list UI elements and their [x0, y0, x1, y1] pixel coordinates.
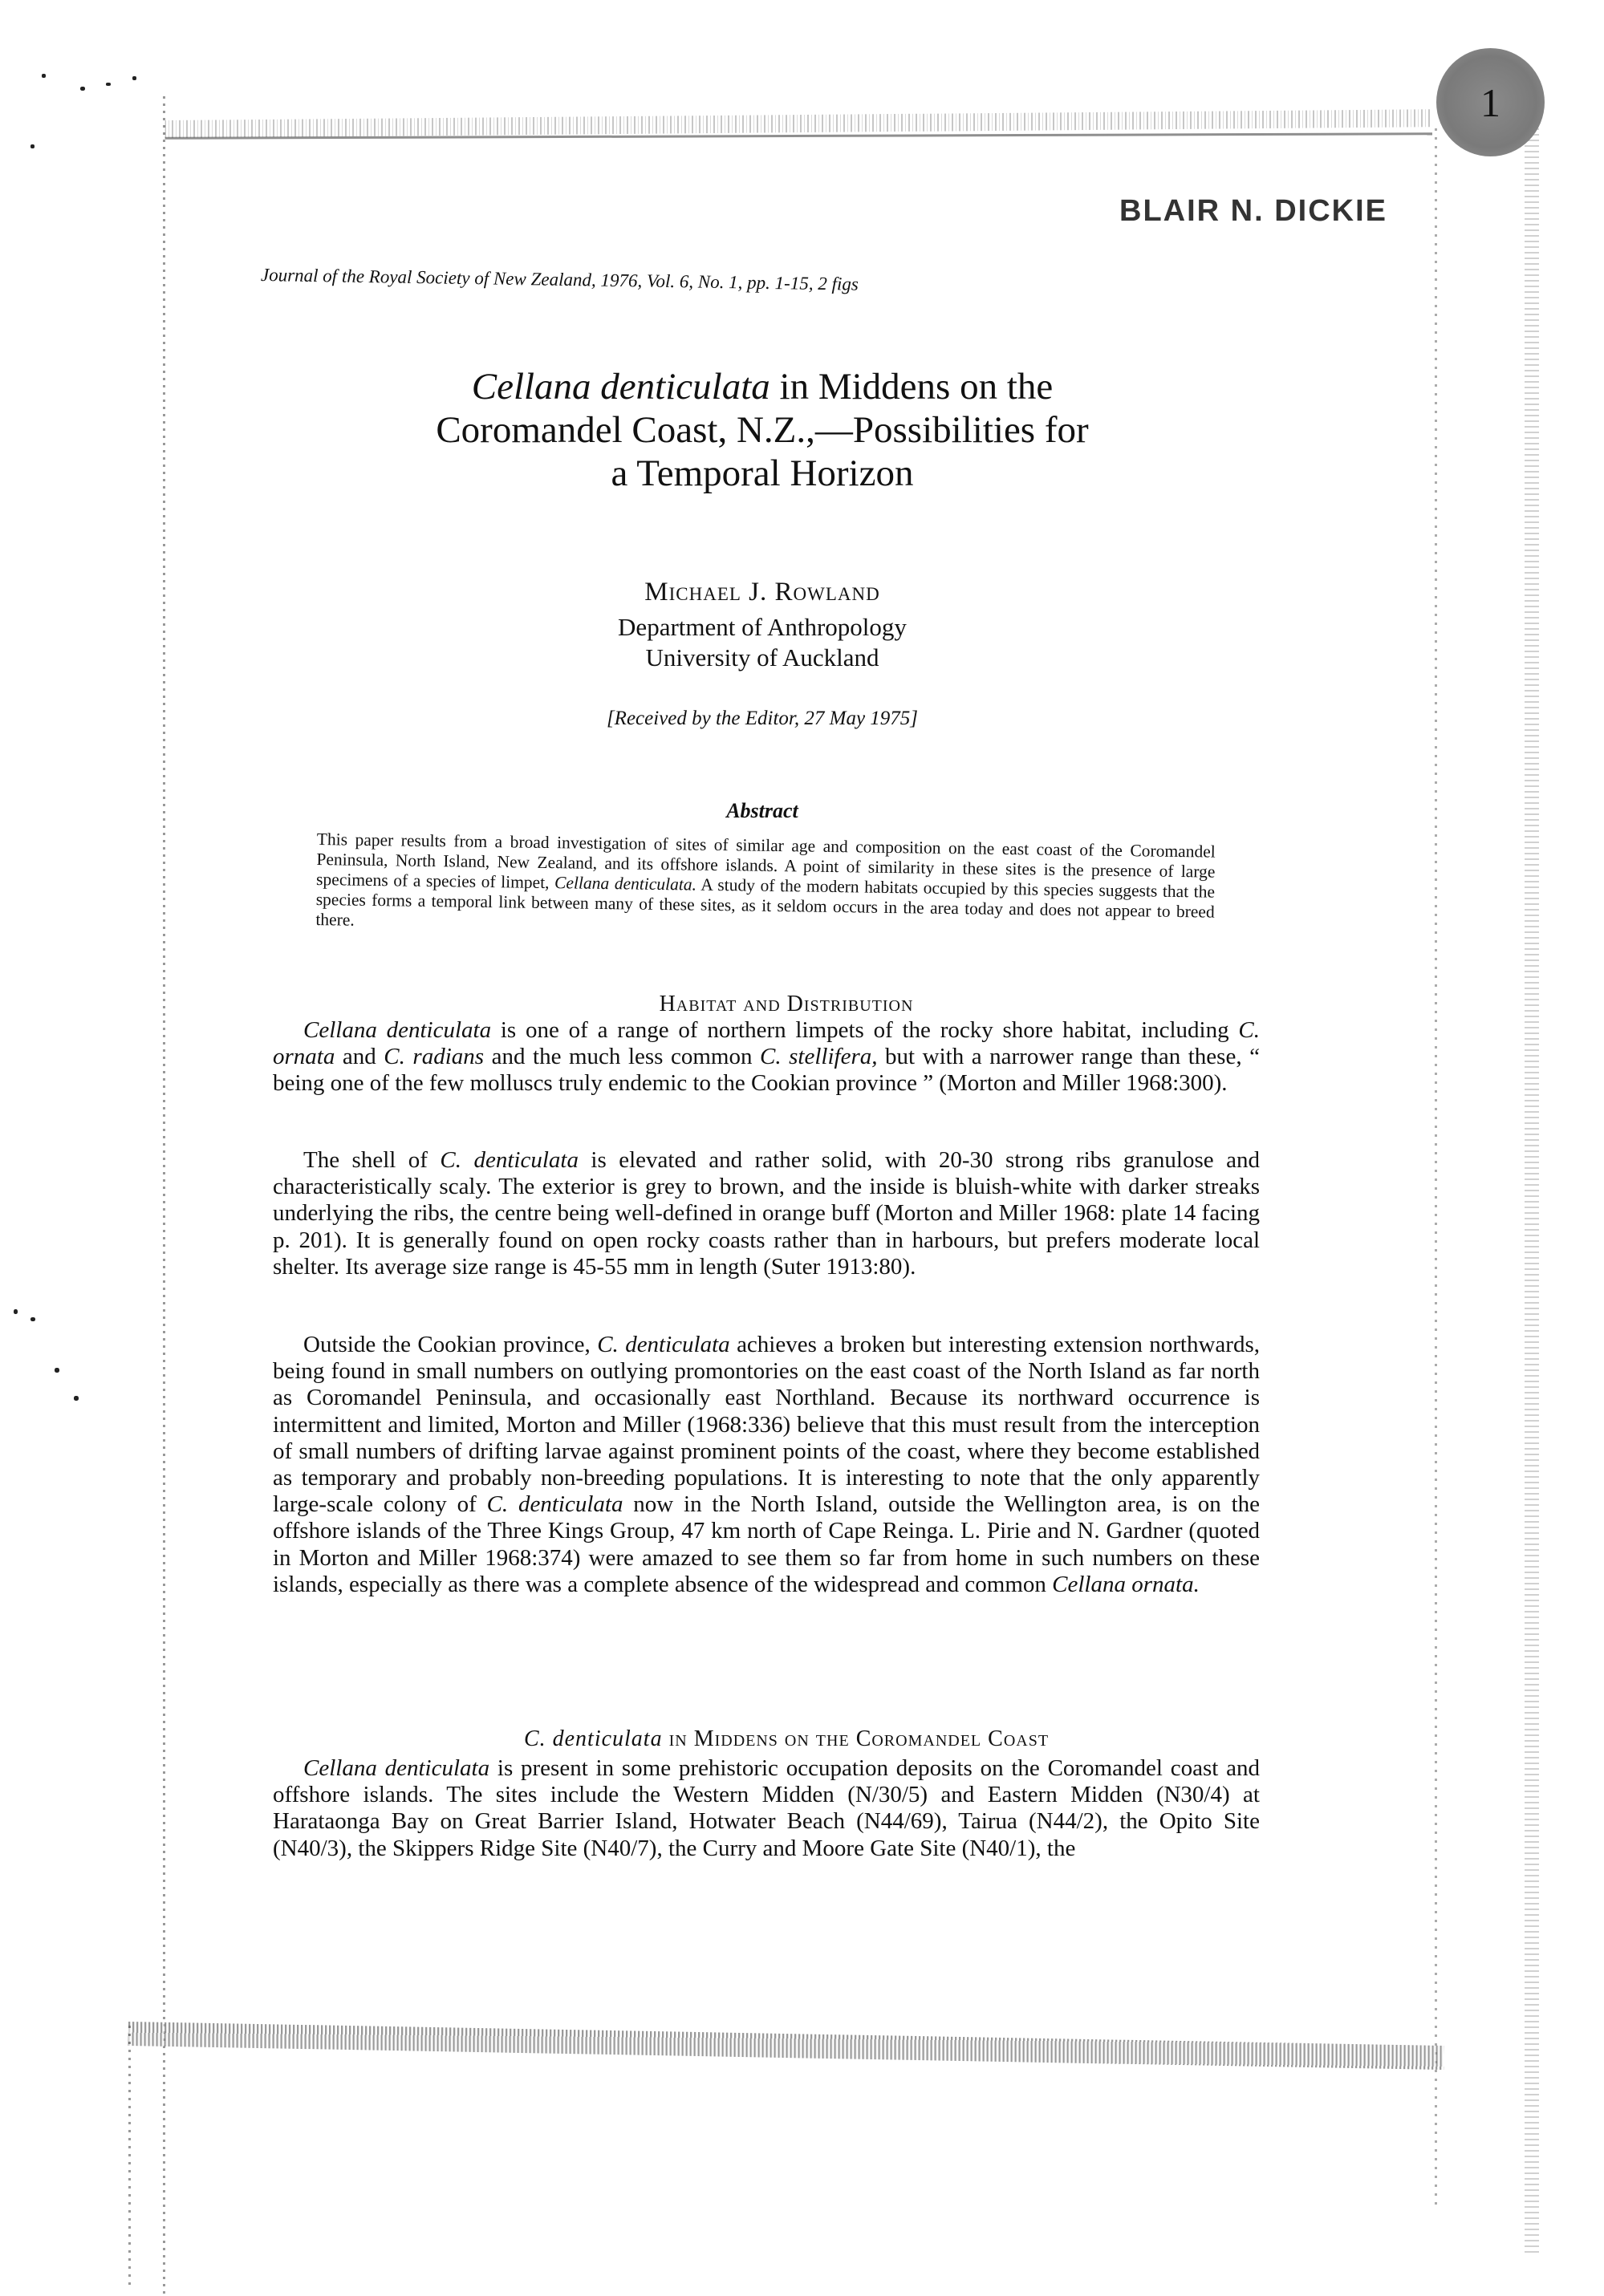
- scan-edge-right: [1435, 128, 1437, 2206]
- paragraph: Cellana denticulata is present in some p…: [273, 1755, 1260, 1862]
- title-line-1: Cellana denticulata in Middens on the: [361, 365, 1163, 408]
- section-heading-middens: C. denticulata in Middens on the Coroman…: [265, 1726, 1308, 1752]
- scan-speck: [132, 76, 136, 80]
- scan-speck: [14, 1309, 18, 1314]
- department: Department of Anthropology: [361, 612, 1163, 643]
- abstract-heading: Abstract: [361, 799, 1163, 823]
- title-species: Cellana denticulata: [472, 366, 770, 408]
- scan-edge-left: [163, 96, 165, 2294]
- author-affiliation: Department of Anthropology University of…: [361, 612, 1163, 673]
- scan-speck: [30, 144, 35, 148]
- journal-citation: Journal of the Royal Society of New Zeal…: [261, 265, 859, 295]
- author-name: Michael J. Rowland: [361, 578, 1163, 607]
- title-line-2: Coromandel Coast, N.Z.,—Possibilities fo…: [361, 408, 1163, 452]
- scan-speck: [106, 83, 111, 86]
- received-date: [Received by the Editor, 27 May 1975]: [361, 708, 1163, 730]
- scan-speck: [80, 87, 85, 91]
- abstract-species: Cellana denticulata.: [554, 873, 696, 894]
- scan-edge-right-outer: [1525, 128, 1539, 2254]
- page-number: 1: [1480, 79, 1500, 126]
- paragraph: The shell of C. denticulata is elevated …: [273, 1147, 1260, 1280]
- title-line-3: a Temporal Horizon: [361, 452, 1163, 495]
- scan-edge-bottom: [128, 2022, 1444, 2070]
- university: University of Auckland: [361, 643, 1163, 673]
- page-number-stamp: 1: [1436, 48, 1545, 156]
- section-heading-habitat: Habitat and Distribution: [265, 992, 1308, 1017]
- abstract-body: This paper results from a broad investig…: [315, 830, 1216, 943]
- scan-speck: [42, 74, 46, 78]
- scan-speck: [30, 1317, 35, 1321]
- paragraph: Outside the Cookian province, C. denticu…: [273, 1332, 1260, 1598]
- scan-speck: [55, 1368, 59, 1373]
- paper-title: Cellana denticulata in Middens on the Co…: [361, 365, 1163, 495]
- owner-stamp: BLAIR N. DICKIE: [1119, 194, 1387, 229]
- paragraph: Cellana denticulata is one of a range of…: [273, 1017, 1260, 1097]
- scan-speck: [74, 1396, 79, 1401]
- scan-edge-bottom-left: [128, 2026, 131, 2290]
